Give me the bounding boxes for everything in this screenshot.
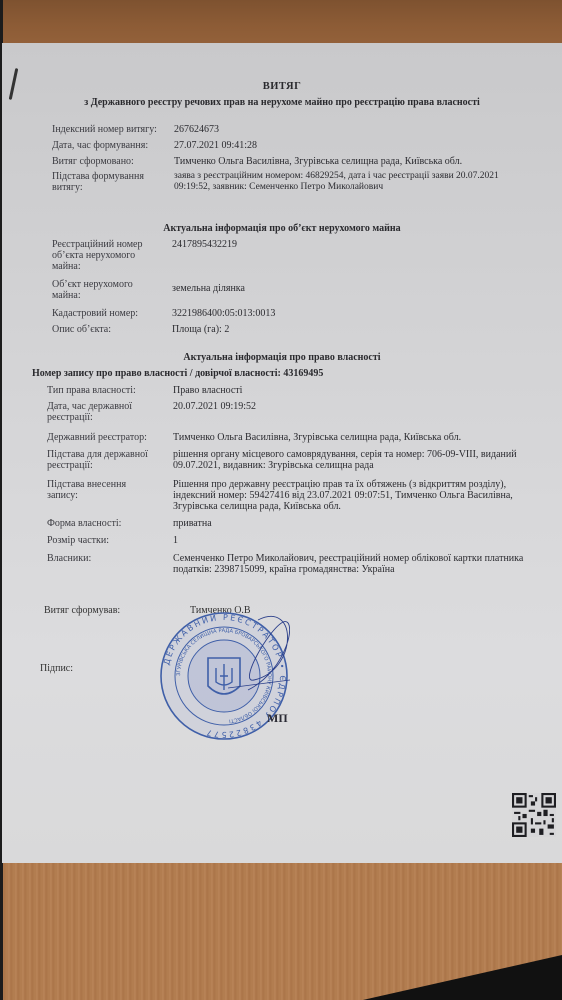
field-value: Семенченко Петро Миколайович, реєстрацій… <box>173 553 543 575</box>
field-label: Власники: <box>47 553 167 564</box>
field-value: 20.07.2021 09:19:52 <box>173 401 513 412</box>
field-value: рішення органу місцевого самоврядування,… <box>173 449 533 471</box>
section-heading-ownership: Актуальна інформація про право власності <box>2 352 562 363</box>
field-label: Реєстраційний номер об’єкта нерухомого м… <box>52 239 152 272</box>
document-subtitle: з Державного реєстру речових прав на нер… <box>2 97 562 108</box>
section-heading-object: Актуальна інформація про об’єкт нерухомо… <box>2 223 562 234</box>
qr-code <box>512 793 556 837</box>
formed-by-label: Витяг сформував: <box>44 605 120 616</box>
field-value: 267624673 <box>174 124 514 135</box>
field-label: Об’єкт нерухомого майна: <box>52 279 152 301</box>
field-label: Тип права власності: <box>47 385 167 396</box>
field-value: 1 <box>173 535 513 546</box>
field-label: Розмір частки: <box>47 535 167 546</box>
field-label: Опис об’єкта: <box>52 324 172 335</box>
document-page: ВИТЯГ з Державного реєстру речових прав … <box>2 43 562 863</box>
field-value: Рішення про державну реєстрацію прав та … <box>173 479 535 512</box>
field-value: Тимченко Ольга Василівна, Згурівська сел… <box>173 432 543 443</box>
field-label: Витяг сформовано: <box>52 156 172 167</box>
document-title: ВИТЯГ <box>2 81 562 92</box>
field-value: Площа (га): 2 <box>172 324 512 335</box>
field-value: земельна ділянка <box>172 283 512 294</box>
field-label: Підстава внесення запису: <box>47 479 147 501</box>
field-label: Державний реєстратор: <box>47 432 167 443</box>
wooden-table-top <box>0 0 562 44</box>
field-value: заява з реєстраційним номером: 46829254,… <box>174 171 524 193</box>
record-number-heading: Номер запису про право власності / довір… <box>32 368 323 379</box>
field-label: Дата, час формування: <box>52 140 172 151</box>
field-value: приватна <box>173 518 513 529</box>
field-value: Тимченко Ольга Василівна, Згурівська сел… <box>174 156 534 167</box>
field-value: Право власності <box>173 385 513 396</box>
signature-label: Підпис: <box>40 663 73 674</box>
field-value: 3221986400:05:013:0013 <box>172 308 512 319</box>
field-label: Підстава для державної реєстрації: <box>47 449 165 471</box>
field-label: Форма власності: <box>47 518 167 529</box>
field-label: Підстава формування витягу: <box>52 171 162 193</box>
field-label: Кадастровий номер: <box>52 308 172 319</box>
field-value: 27.07.2021 09:41:28 <box>174 140 514 151</box>
field-value: 2417895432219 <box>172 239 512 250</box>
field-label: Індексний номер витягу: <box>52 124 172 135</box>
seal-place-mark: МП <box>267 711 288 726</box>
field-label: Дата, час державної реєстрації: <box>47 401 152 423</box>
